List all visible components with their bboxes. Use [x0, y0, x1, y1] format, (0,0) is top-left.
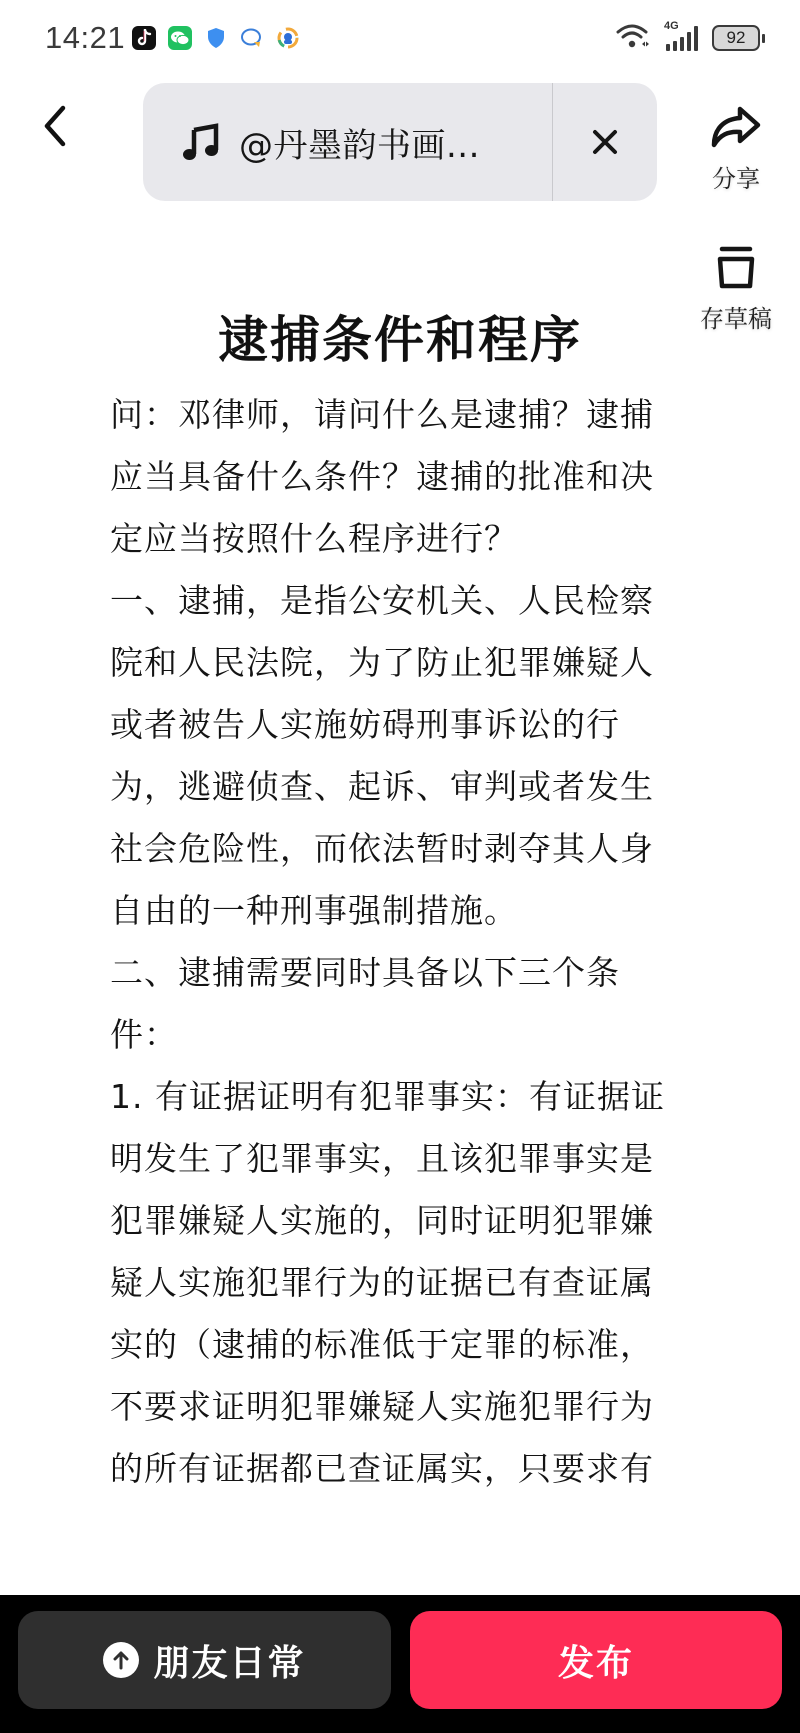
screen: 14:21 4G 9: [0, 0, 800, 1733]
chat-bubble-icon: [240, 26, 264, 50]
battery-indicator: 92: [712, 25, 760, 51]
close-icon: [592, 129, 618, 155]
status-indicators: 4G 92: [616, 22, 760, 54]
bottom-action-bar: 朋友日常 发布: [0, 1595, 800, 1733]
music-selector[interactable]: @丹墨韵书画...: [143, 83, 552, 201]
status-time: 14:21: [45, 20, 125, 56]
back-button[interactable]: [30, 96, 80, 156]
text-line: 为，逃避侦查、起诉、审判或者发生: [110, 756, 690, 818]
text-line: 或者被告人实施妨碍刑事诉讼的行: [110, 694, 690, 756]
friends-daily-button[interactable]: 朋友日常: [18, 1611, 391, 1709]
text-line: 社会危险性，而依法暂时剥夺其人身: [110, 818, 690, 880]
publish-button[interactable]: 发布: [410, 1611, 782, 1709]
text-line: 件：: [110, 1004, 690, 1066]
draft-box-icon: [715, 245, 757, 291]
text-line: 不要求证明犯罪嫌疑人实施犯罪行为: [110, 1376, 690, 1438]
document-body[interactable]: 问：邓律师，请问什么是逮捕？逮捕 应当具备什么条件？逮捕的批准和决 定应当按照什…: [110, 384, 690, 1500]
text-line: 明发生了犯罪事实，且该犯罪事实是: [110, 1128, 690, 1190]
text-line: 疑人实施犯罪行为的证据已有查证属: [110, 1252, 690, 1314]
security-shield-icon: [204, 26, 228, 50]
document-title[interactable]: 逮捕条件和程序: [0, 300, 800, 372]
chevron-left-icon: [41, 104, 69, 148]
text-line: 院和人民法院，为了防止犯罪嫌疑人: [110, 632, 690, 694]
status-bar: 14:21 4G 9: [0, 0, 800, 76]
share-arrow-icon: [710, 105, 762, 151]
text-line: 实的（逮捕的标准低于定罪的标准，: [110, 1314, 690, 1376]
text-line: 应当具备什么条件？逮捕的批准和决: [110, 446, 690, 508]
text-line: 犯罪嫌疑人实施的，同时证明犯罪嫌: [110, 1190, 690, 1252]
remove-music-button[interactable]: [553, 83, 657, 201]
browser-circle-icon: [276, 26, 300, 50]
friends-daily-label: 朋友日常: [153, 1635, 305, 1686]
selected-music-pill: @丹墨韵书画...: [143, 83, 657, 201]
music-title: @丹墨韵书画...: [239, 118, 480, 167]
share-button[interactable]: 分享: [681, 105, 791, 194]
wechat-icon: [168, 26, 192, 50]
text-line: 的所有证据都已查证属实，只要求有: [110, 1438, 690, 1500]
cellular-signal-icon: 4G: [664, 24, 700, 52]
share-label: 分享: [712, 159, 760, 194]
wifi-icon: [616, 22, 652, 54]
text-line: 问：邓律师，请问什么是逮捕？逮捕: [110, 384, 690, 446]
text-line: 一、逮捕，是指公安机关、人民检察: [110, 570, 690, 632]
notification-icons: [132, 26, 300, 50]
text-line: 自由的一种刑事强制措施。: [110, 880, 690, 942]
music-note-icon: [181, 122, 221, 162]
upload-circle-icon: [103, 1642, 139, 1678]
text-line: 定应当按照什么程序进行？: [110, 508, 690, 570]
text-line: 二、逮捕需要同时具备以下三个条: [110, 942, 690, 1004]
text-line: 1. 有证据证明有犯罪事实：有证据证: [110, 1066, 690, 1128]
publish-label: 发布: [558, 1635, 634, 1686]
tiktok-icon: [132, 26, 156, 50]
